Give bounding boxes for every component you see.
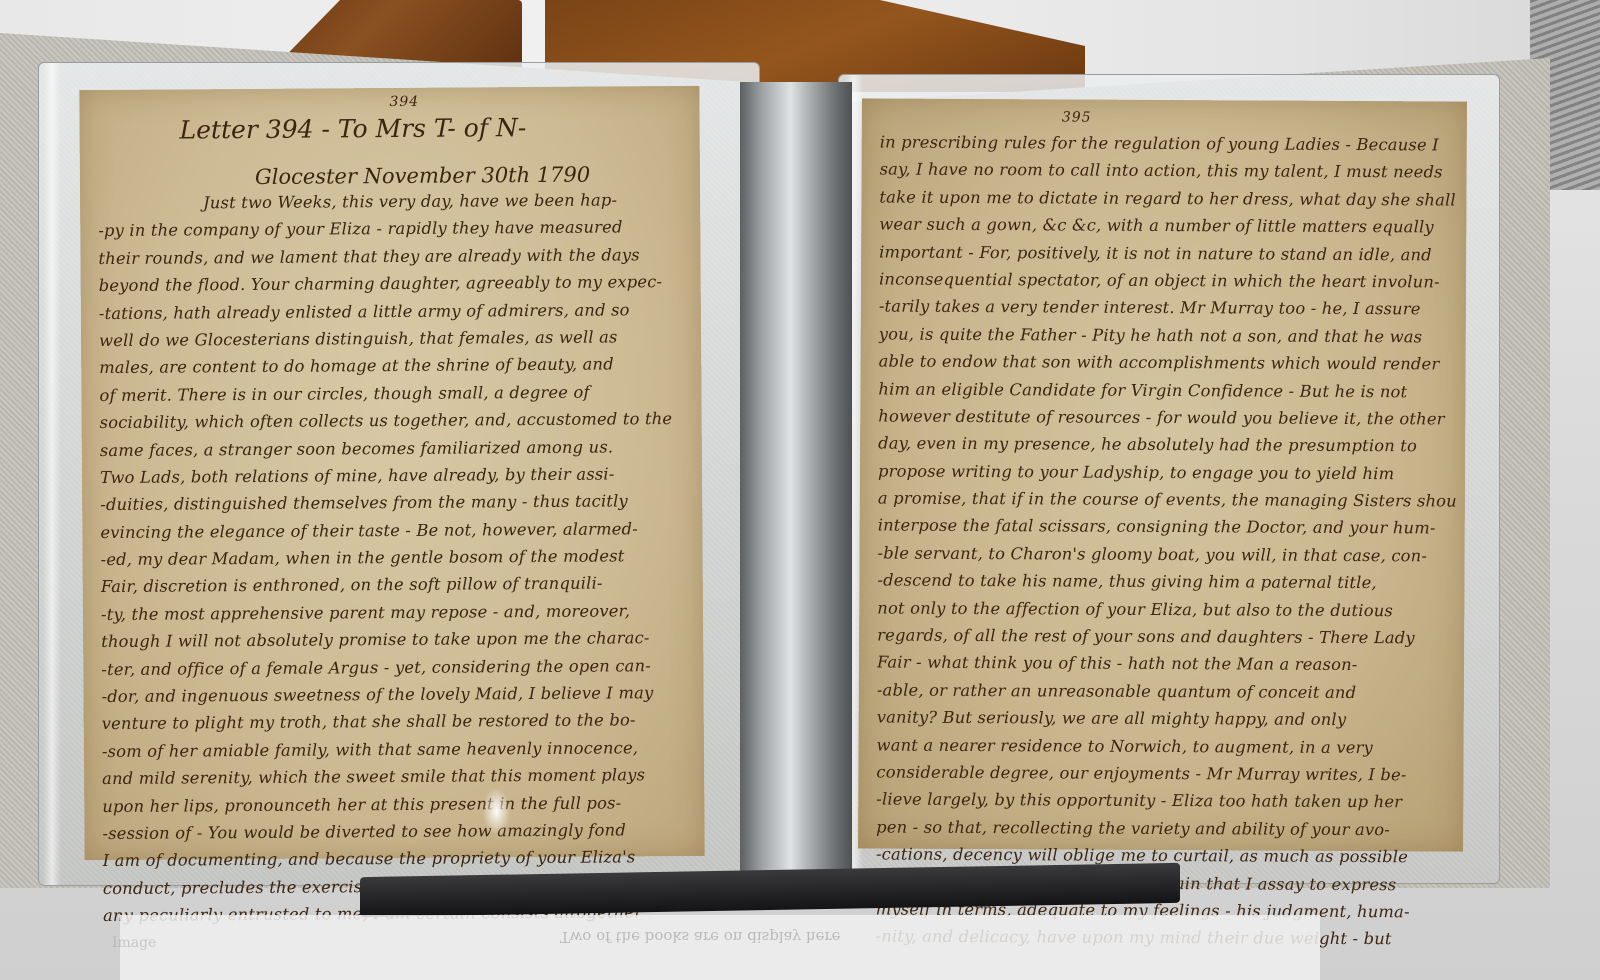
manuscript-page-left: 394 Letter 394 - To Mrs T- of N- Glocest…: [79, 86, 704, 860]
text-line: evincing the elegance of their taste - B…: [100, 515, 694, 547]
text-line: inconsequential spectator, of an object …: [879, 265, 1458, 295]
handwritten-lines: in prescribing rules for the regulation …: [876, 129, 1459, 954]
sleeve-glare: [43, 63, 61, 885]
text-line: Fair - what think you of this - hath not…: [877, 649, 1456, 679]
text-line: -session of - You would be diverted to s…: [102, 816, 696, 848]
text-line: -ter, and office of a female Argus - yet…: [101, 652, 695, 684]
text-line: him an eligible Candidate for Virgin Con…: [878, 375, 1457, 405]
text-line: and mild serenity, which the sweet smile…: [102, 761, 696, 793]
letter-dateline: Glocester November 30th 1790: [255, 163, 590, 189]
text-line: sociability, which often collects us tog…: [100, 405, 694, 437]
text-line: pen - so that, recollecting the variety …: [876, 813, 1455, 843]
text-line: considerable degree, our enjoyments - Mr…: [876, 758, 1455, 788]
text-line: important - For, positively, it is not i…: [879, 238, 1458, 268]
text-line: wear such a gown, &c &c, with a number o…: [879, 211, 1458, 241]
text-line: propose writing to your Ladyship, to eng…: [878, 457, 1457, 487]
text-line: able to endow that son with accomplishme…: [879, 348, 1458, 378]
text-line: venture to plight my troth, that she sha…: [102, 706, 696, 738]
text-line: -som of her amiable family, with that sa…: [102, 734, 696, 766]
text-line: well do we Glocesterians distinguish, th…: [99, 323, 693, 355]
text-line: say, I have no room to call into action,…: [880, 156, 1459, 186]
text-line: males, are content to do homage at the s…: [99, 350, 693, 382]
text-line: -py in the company of your Eliza - rapid…: [98, 213, 692, 245]
text-line: same faces, a stranger soon becomes fami…: [100, 432, 694, 464]
text-line: you, is quite the Father - Pity he hath …: [879, 320, 1458, 350]
page-number: 394: [389, 94, 419, 110]
page-number: 395: [1062, 109, 1092, 125]
text-line: Two Lads, both relations of mine, have a…: [100, 460, 694, 492]
text-line: -ty, the most apprehensive parent may re…: [101, 597, 695, 629]
text-line: Just two Weeks, this very day, have we b…: [98, 186, 692, 218]
text-line: -duities, distinguished themselves from …: [100, 487, 694, 519]
light-glare: [482, 787, 510, 835]
text-line: not only to the affection of your Eliza,…: [877, 594, 1456, 624]
text-line: -dor, and ingenuous sweetness of the lov…: [101, 679, 695, 711]
text-line: -descend to take his name, thus giving h…: [877, 567, 1456, 597]
manuscript-page-right: 395 in prescribing rules for the regulat…: [858, 98, 1467, 851]
text-line: want a nearer residence to Norwich, to a…: [877, 731, 1456, 761]
text-line: -ed, my dear Madam, when in the gentle b…: [101, 542, 695, 574]
text-line: I am of documenting, and because the pro…: [103, 843, 697, 875]
text-line: their rounds, and we lament that they ar…: [98, 241, 692, 273]
text-line: day, even in my presence, he absolutely …: [878, 430, 1457, 460]
text-line: take it upon me to dictate in regard to …: [879, 183, 1458, 213]
handwritten-lines: Just two Weeks, this very day, have we b…: [98, 186, 697, 930]
text-line: -tations, hath already enlisted a little…: [99, 295, 693, 327]
text-line: upon her lips, pronounceth her at this p…: [102, 788, 696, 820]
label-text-left: Image: [112, 935, 156, 951]
text-line: -ble servant, to Charon's gloomy boat, y…: [878, 539, 1457, 569]
text-line: -able, or rather an unreasonable quantum…: [877, 676, 1456, 706]
text-line: beyond the flood. Your charming daughter…: [99, 268, 693, 300]
text-line: Fair, discretion is enthroned, on the so…: [101, 569, 695, 601]
text-line: -lieve largely, by this opportunity - El…: [876, 786, 1455, 816]
text-line: of merit. There is in our circles, thoug…: [99, 378, 693, 410]
exhibit-label-card: [120, 915, 1320, 980]
text-line: a promise, that if in the course of even…: [878, 485, 1457, 515]
text-line: interpose the fatal scissars, consigning…: [878, 512, 1457, 542]
text-line: though I will not absolutely promise to …: [101, 624, 695, 656]
text-line: however destitute of resources - for wou…: [878, 402, 1457, 432]
text-line: regards, of all the rest of your sons an…: [877, 622, 1456, 652]
label-text-mirrored: Two of the books are on display here: [560, 928, 841, 946]
letter-heading: Letter 394 - To Mrs T- of N-: [179, 113, 526, 144]
text-line: -tarily takes a very tender interest. Mr…: [879, 293, 1458, 323]
album-spine-gutter: [740, 82, 852, 882]
text-line: in prescribing rules for the regulation …: [880, 129, 1459, 159]
text-line: vanity? But seriously, we are all mighty…: [877, 704, 1456, 734]
